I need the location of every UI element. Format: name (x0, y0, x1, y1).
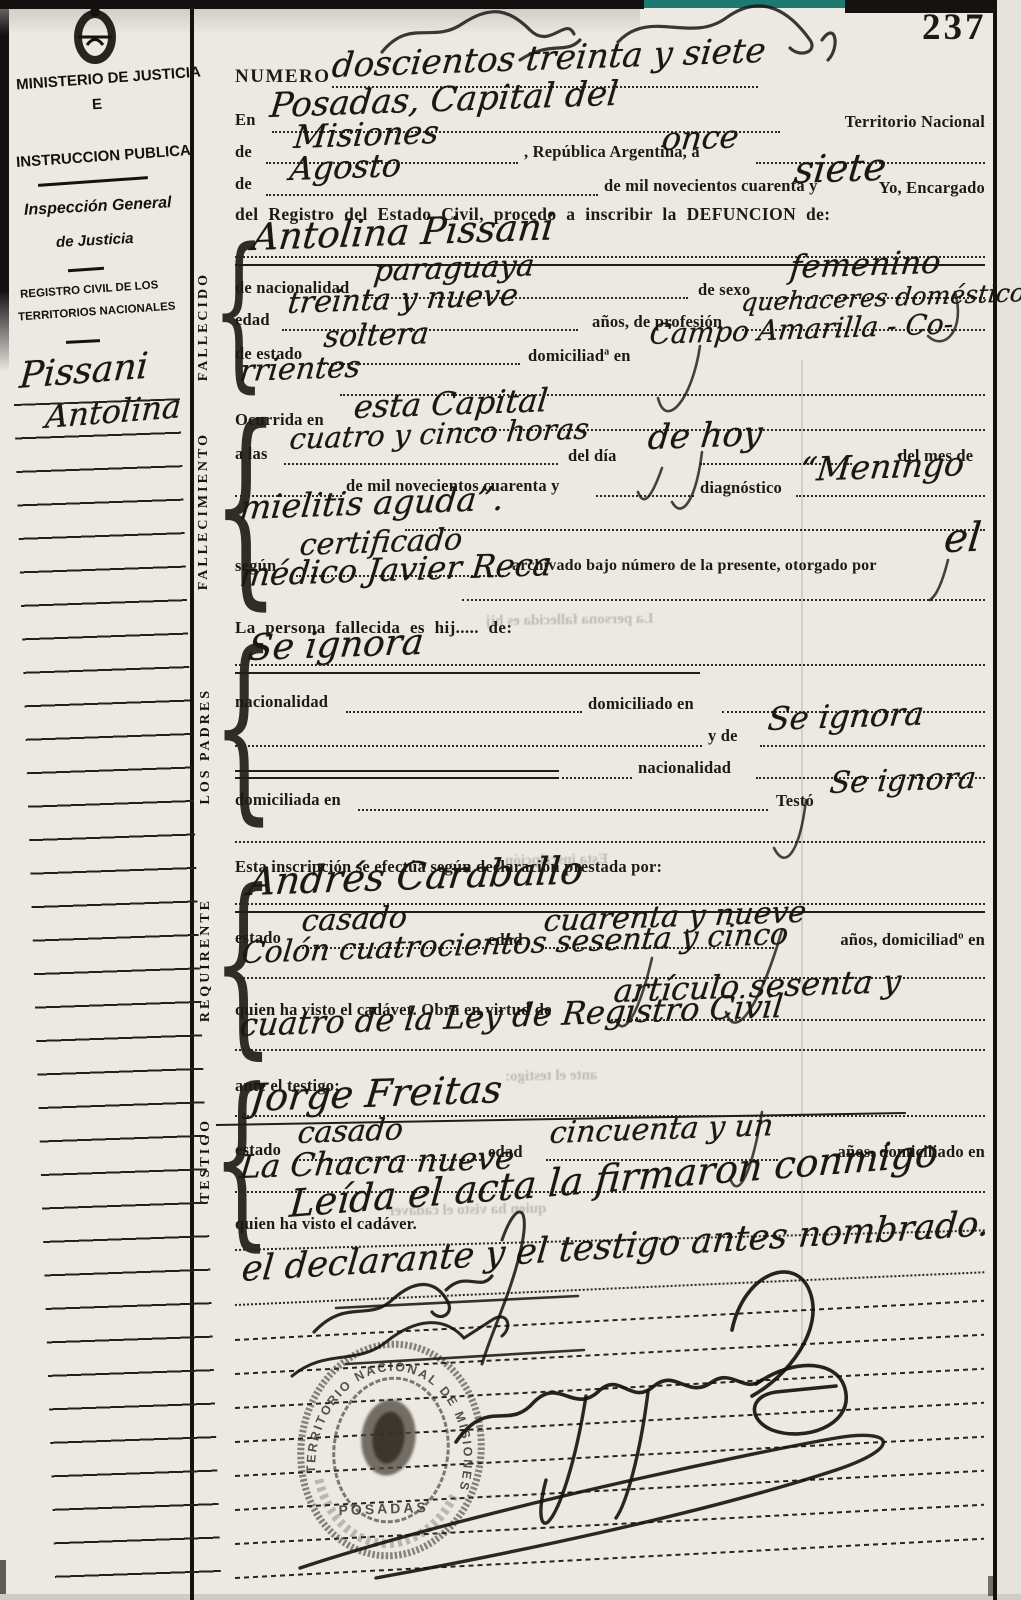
edge-smudge-bl (0, 1560, 6, 1594)
pen-flourishes (0, 0, 1021, 1300)
death-certificate-page: 237 MINISTERIO DE JUSTICIA E INSTRUCCION… (0, 0, 1021, 1600)
